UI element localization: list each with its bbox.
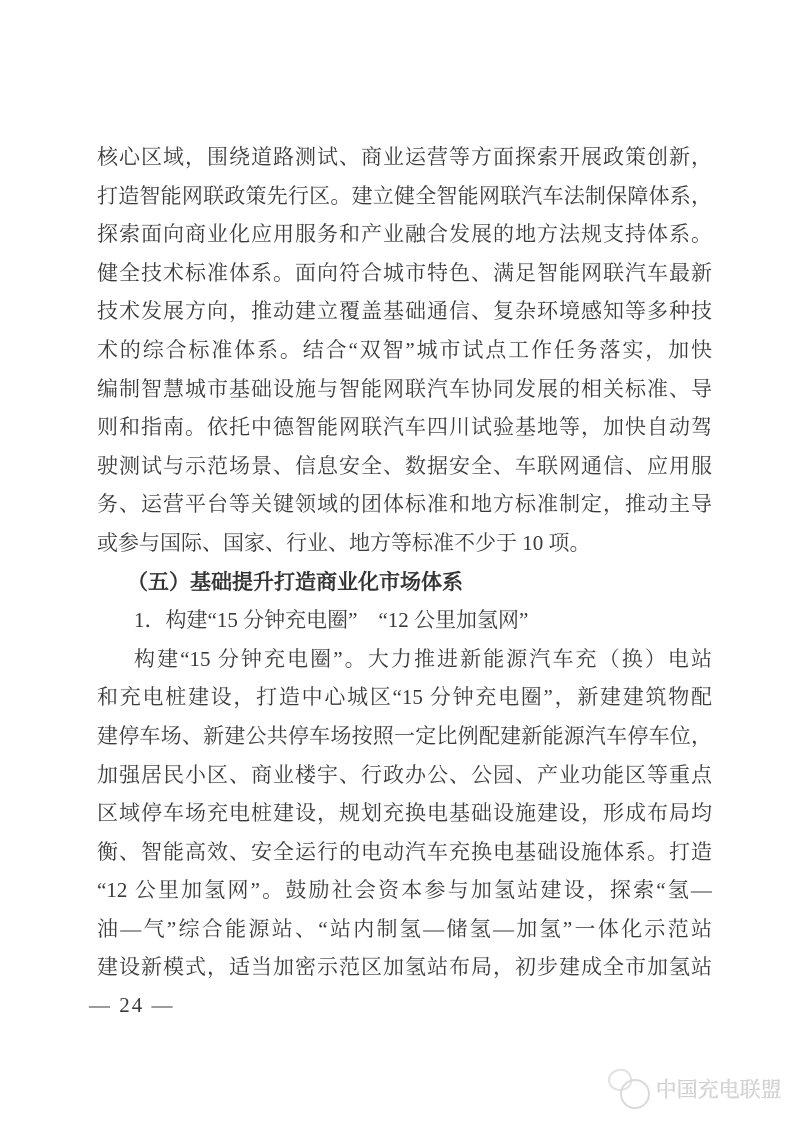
- body-text-line: 建设新模式，适当加密示范区加氢站布局，初步建成全市加氢站: [97, 948, 712, 987]
- body-text-line: 务、运营平台等关键领域的团体标准和地方标准制定，推动主导: [97, 485, 712, 524]
- body-text-line: 驶测试与示范场景、信息安全、数据安全、车联网通信、应用服: [97, 447, 712, 486]
- document-body: 核心区域，围绕道路测试、商业运营等方面探索开展政策创新， 打造智能网联政策先行区…: [97, 138, 712, 987]
- watermark: 中国充电联盟: [606, 1062, 786, 1116]
- body-text-line: “12 公里加氢网”。鼓励社会资本参与加氢站建设，探索“氢—: [97, 871, 712, 910]
- subsection-heading: 1．构建“15 分钟充电圈” “12 公里加氢网”: [97, 601, 712, 640]
- body-text-line: 则和指南。依托中德智能网联汽车四川试验基地等，加快自动驾: [97, 408, 712, 447]
- body-text-line: 核心区域，围绕道路测试、商业运营等方面探索开展政策创新，: [97, 138, 712, 177]
- body-text-line: 术的综合标准体系。结合“双智”城市试点工作任务落实，加快: [97, 331, 712, 370]
- body-text-line: 建停车场、新建公共停车场按照一定比例配建新能源汽车停车位，: [97, 717, 712, 756]
- body-text-line: 区域停车场充电桩建设，规划充换电基础设施建设，形成布局均: [97, 794, 712, 833]
- watermark-label: 中国充电联盟: [656, 1074, 782, 1104]
- body-text-line: 油—气”综合能源站、“站内制氢—储氢—加氢”一体化示范站: [97, 910, 712, 949]
- document-page: 核心区域，围绕道路测试、商业运营等方面探索开展政策创新， 打造智能网联政策先行区…: [0, 0, 793, 1122]
- body-text-line: 构建“15 分钟充电圈”。大力推进新能源汽车充（换）电站: [97, 640, 712, 679]
- body-text-line: 或参与国际、国家、行业、地方等标准不少于 10 项。: [97, 524, 712, 563]
- charging-alliance-logo-icon: [606, 1067, 650, 1111]
- body-text-line: 编制智慧城市基础设施与智能网联汽车协同发展的相关标准、导: [97, 370, 712, 409]
- body-text-line: 技术发展方向，推动建立覆盖基础通信、复杂环境感知等多种技: [97, 292, 712, 331]
- page-number: — 24 —: [89, 993, 175, 1018]
- body-text-line: 和充电桩建设，打造中心城区“15 分钟充电圈”，新建建筑物配: [97, 678, 712, 717]
- body-text-line: 探索面向商业化应用服务和产业融合发展的地方法规支持体系。: [97, 215, 712, 254]
- section-heading: （五）基础提升打造商业化市场体系: [97, 563, 712, 602]
- body-text-line: 打造智能网联政策先行区。建立健全智能网联汽车法制保障体系，: [97, 177, 712, 216]
- body-text-line: 衡、智能高效、安全运行的电动汽车充换电基础设施体系。打造: [97, 833, 712, 872]
- logo-circle-big: [620, 1079, 650, 1109]
- body-text-line: 健全技术标准体系。面向符合城市特色、满足智能网联汽车最新: [97, 254, 712, 293]
- body-text-line: 加强居民小区、商业楼宇、行政办公、公园、产业功能区等重点: [97, 756, 712, 795]
